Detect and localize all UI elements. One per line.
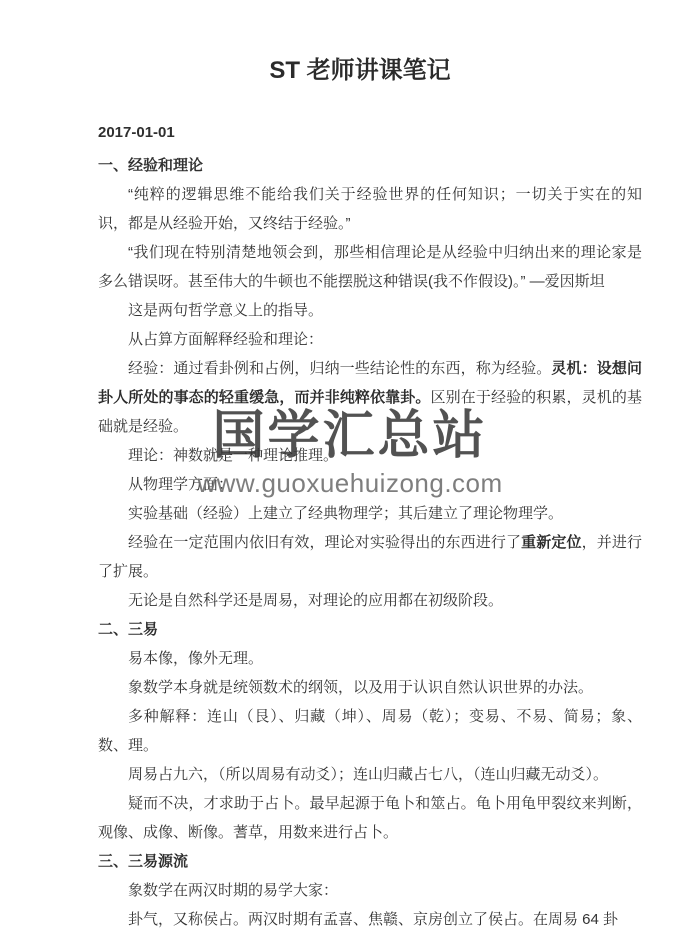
paragraph: 从物理学方面： <box>98 470 642 499</box>
section-heading: 一、经验和理论 <box>98 151 642 180</box>
paragraph: 周易占九六，（所以周易有动爻）；连山归藏占七八，（连山归藏无动爻）。 <box>98 760 642 789</box>
document-date: 2017-01-01 <box>98 118 642 147</box>
paragraph: 多种解释：连山（艮）、归藏（坤）、周易（乾）；变易、不易、简易；象、数、理。 <box>98 702 642 760</box>
section-heading: 二、三易 <box>98 615 642 644</box>
paragraph: 无论是自然科学还是周易，对理论的应用都在初级阶段。 <box>98 586 642 615</box>
paragraph: 象数学本身就是统领数术的纲领，以及用于认识自然认识世界的办法。 <box>98 673 642 702</box>
paragraph: 疑而不决，才求助于占卜。最早起源于龟卜和筮占。龟卜用龟甲裂纹来判断，观像、成像、… <box>98 789 642 847</box>
paragraph: 从占算方面解释经验和理论： <box>98 325 642 354</box>
document-body: 一、经验和理论“纯粹的逻辑思维不能给我们关于经验世界的任何知识；一切关于实在的知… <box>98 151 642 930</box>
paragraph: 这是两句哲学意义上的指导。 <box>98 296 642 325</box>
page-title: ST 老师讲课笔记 <box>78 54 642 88</box>
paragraph: 卦气，又称侯占。两汉时期有孟喜、焦赣、京房创立了侯占。在周易 64 卦 <box>98 905 642 930</box>
paragraph: 经验：通过看卦例和占例，归纳一些结论性的东西，称为经验。灵机：设想问卦人所处的事… <box>98 354 642 441</box>
paragraph: 易本像，像外无理。 <box>98 644 642 673</box>
document-content: ST 老师讲课笔记 2017-01-01 一、经验和理论“纯粹的逻辑思维不能给我… <box>0 0 700 930</box>
paragraph: 实验基础（经验）上建立了经典物理学；其后建立了理论物理学。 <box>98 499 642 528</box>
paragraph: “纯粹的逻辑思维不能给我们关于经验世界的任何知识；一切关于实在的知识，都是从经验… <box>98 180 642 238</box>
paragraph: “我们现在特别清楚地领会到，那些相信理论是从经验中归纳出来的理论家是多么错误呀。… <box>98 238 642 296</box>
paragraph: 象数学在两汉时期的易学大家： <box>98 876 642 905</box>
section-heading: 三、三易源流 <box>98 847 642 876</box>
paragraph: 经验在一定范围内依旧有效，理论对实验得出的东西进行了重新定位，并进行了扩展。 <box>98 528 642 586</box>
paragraph: 理论：神数就是一种理论推理。 <box>98 441 642 470</box>
document-page: ST 老师讲课笔记 2017-01-01 一、经验和理论“纯粹的逻辑思维不能给我… <box>0 0 700 930</box>
